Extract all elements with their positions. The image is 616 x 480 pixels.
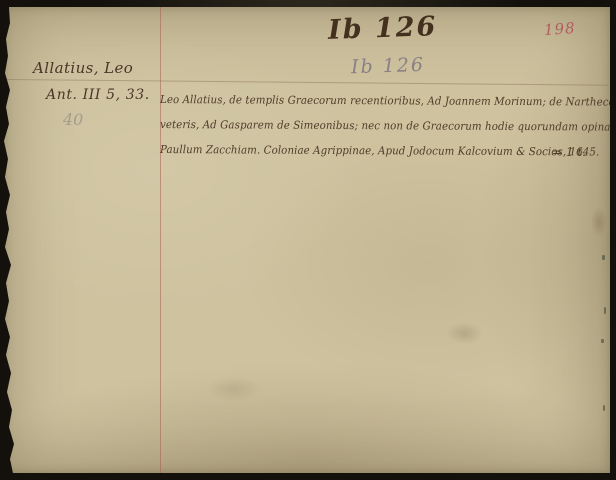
paper-speck — [601, 339, 604, 343]
shelfmark-pencil: Ib 126 — [351, 54, 426, 79]
entry-line: Paullum Zacchiam. Coloniae Agrippinae, A… — [160, 143, 599, 158]
volume-note: = 1 t. — [552, 145, 586, 159]
paper-speck — [604, 307, 606, 314]
paper-speck — [603, 405, 605, 411]
horizontal-heading-rule — [7, 79, 608, 86]
paper-smudge — [591, 207, 607, 237]
entry-line: Leo Allatius, de templis Graecorum recen… — [160, 93, 616, 109]
scanner-background: Ib 126 Ib 126 198 Allatius, Leo Ant. III… — [0, 0, 616, 480]
vertical-margin-rule — [160, 7, 161, 473]
author-heading: Allatius, Leo — [33, 59, 133, 77]
catalog-card: Ib 126 Ib 126 198 Allatius, Leo Ant. III… — [3, 7, 610, 473]
entry-line: veteris, Ad Gasparem de Simeonibus; nec … — [160, 118, 616, 134]
shelfmark-ink: Ib 126 — [327, 11, 437, 46]
shelf-reference: Ant. III 5, 33. — [46, 87, 150, 103]
paper-speck — [602, 255, 605, 260]
folio-number-red: 198 — [543, 19, 576, 39]
pencil-note: 40 — [63, 110, 83, 129]
